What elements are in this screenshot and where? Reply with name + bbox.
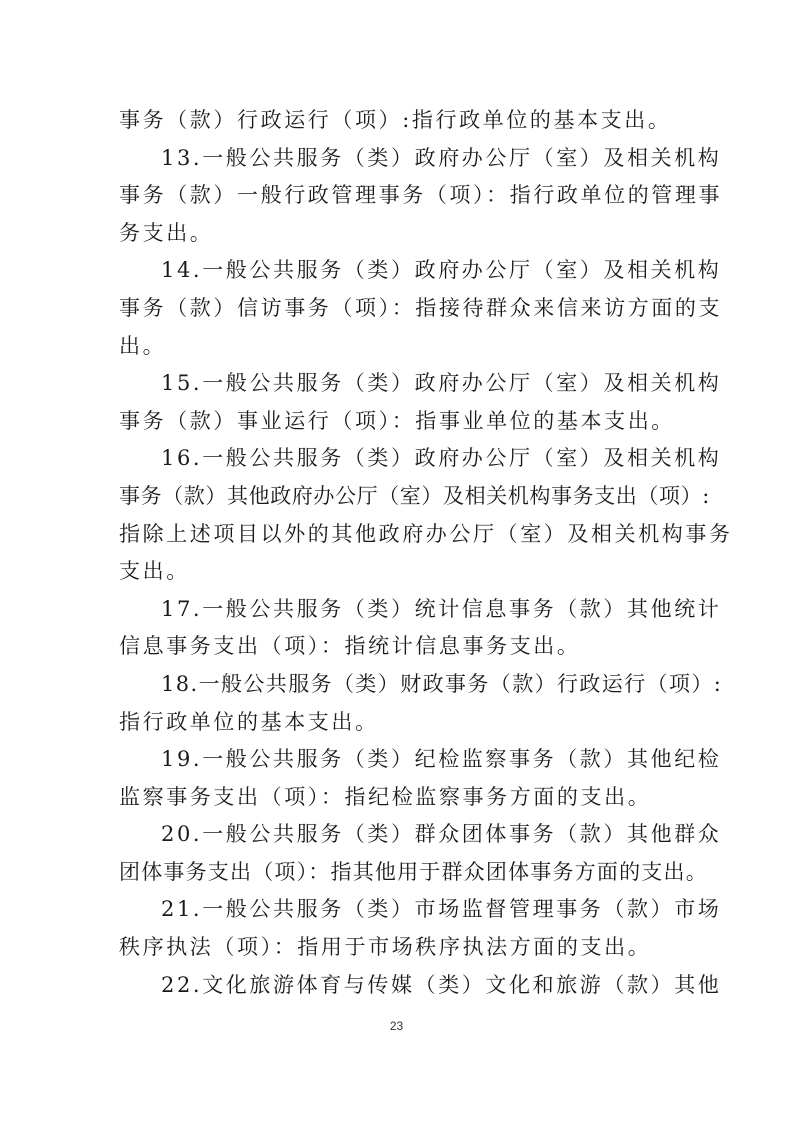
item-16-line-4: 支出。 [119,553,675,591]
item-14-line-1: 14.一般公共服务（类）政府办公厅（室）及相关机构 [119,252,675,290]
item-13-line-3: 务支出。 [119,215,675,253]
page-number: 23 [0,1019,793,1033]
item-15-line-1: 15.一般公共服务（类）政府办公厅（室）及相关机构 [119,365,675,403]
item-19-line-2: 监察事务支出（项）：指纪检监察事务方面的支出。 [119,779,675,817]
item-20-line-2: 团体事务支出（项）：指其他用于群众团体事务方面的支出。 [119,854,675,892]
item-17-line-2: 信息事务支出（项）：指统计信息事务支出。 [119,628,675,666]
item-15-line-2: 事务（款）事业运行（项）：指事业单位的基本支出。 [119,403,675,441]
item-21-line-1: 21.一般公共服务（类）市场监督管理事务（款）市场 [119,891,675,929]
item-16-line-2: 事务（款）其他政府办公厅（室）及相关机构事务支出（项）: [119,478,675,516]
document-body: 事务（款）行政运行（项）:指行政单位的基本支出。 13.一般公共服务（类）政府办… [119,102,675,1004]
item-21-line-2: 秩序执法（项）：指用于市场秩序执法方面的支出。 [119,929,675,967]
item-14-line-3: 出。 [119,328,675,366]
item-14-line-2: 事务（款）信访事务（项）：指接待群众来信来访方面的支 [119,290,675,328]
item-20-line-1: 20.一般公共服务（类）群众团体事务（款）其他群众 [119,816,675,854]
item-22-line-1: 22.文化旅游体育与传媒（类）文化和旅游（款）其他 [119,967,675,1005]
item-16-line-1: 16.一般公共服务（类）政府办公厅（室）及相关机构 [119,440,675,478]
text-line-continuation: 事务（款）行政运行（项）:指行政单位的基本支出。 [119,102,675,140]
item-18-line-1: 18.一般公共服务（类）财政事务（款）行政运行（项）: [119,666,675,704]
item-13-line-1: 13.一般公共服务（类）政府办公厅（室）及相关机构 [119,140,675,178]
item-19-line-1: 19.一般公共服务（类）纪检监察事务（款）其他纪检 [119,741,675,779]
item-17-line-1: 17.一般公共服务（类）统计信息事务（款）其他统计 [119,591,675,629]
item-18-line-2: 指行政单位的基本支出。 [119,704,675,742]
item-13-line-2: 事务（款）一般行政管理事务（项）：指行政单位的管理事 [119,177,675,215]
item-16-line-3: 指除上述项目以外的其他政府办公厅（室）及相关机构事务 [119,516,675,554]
